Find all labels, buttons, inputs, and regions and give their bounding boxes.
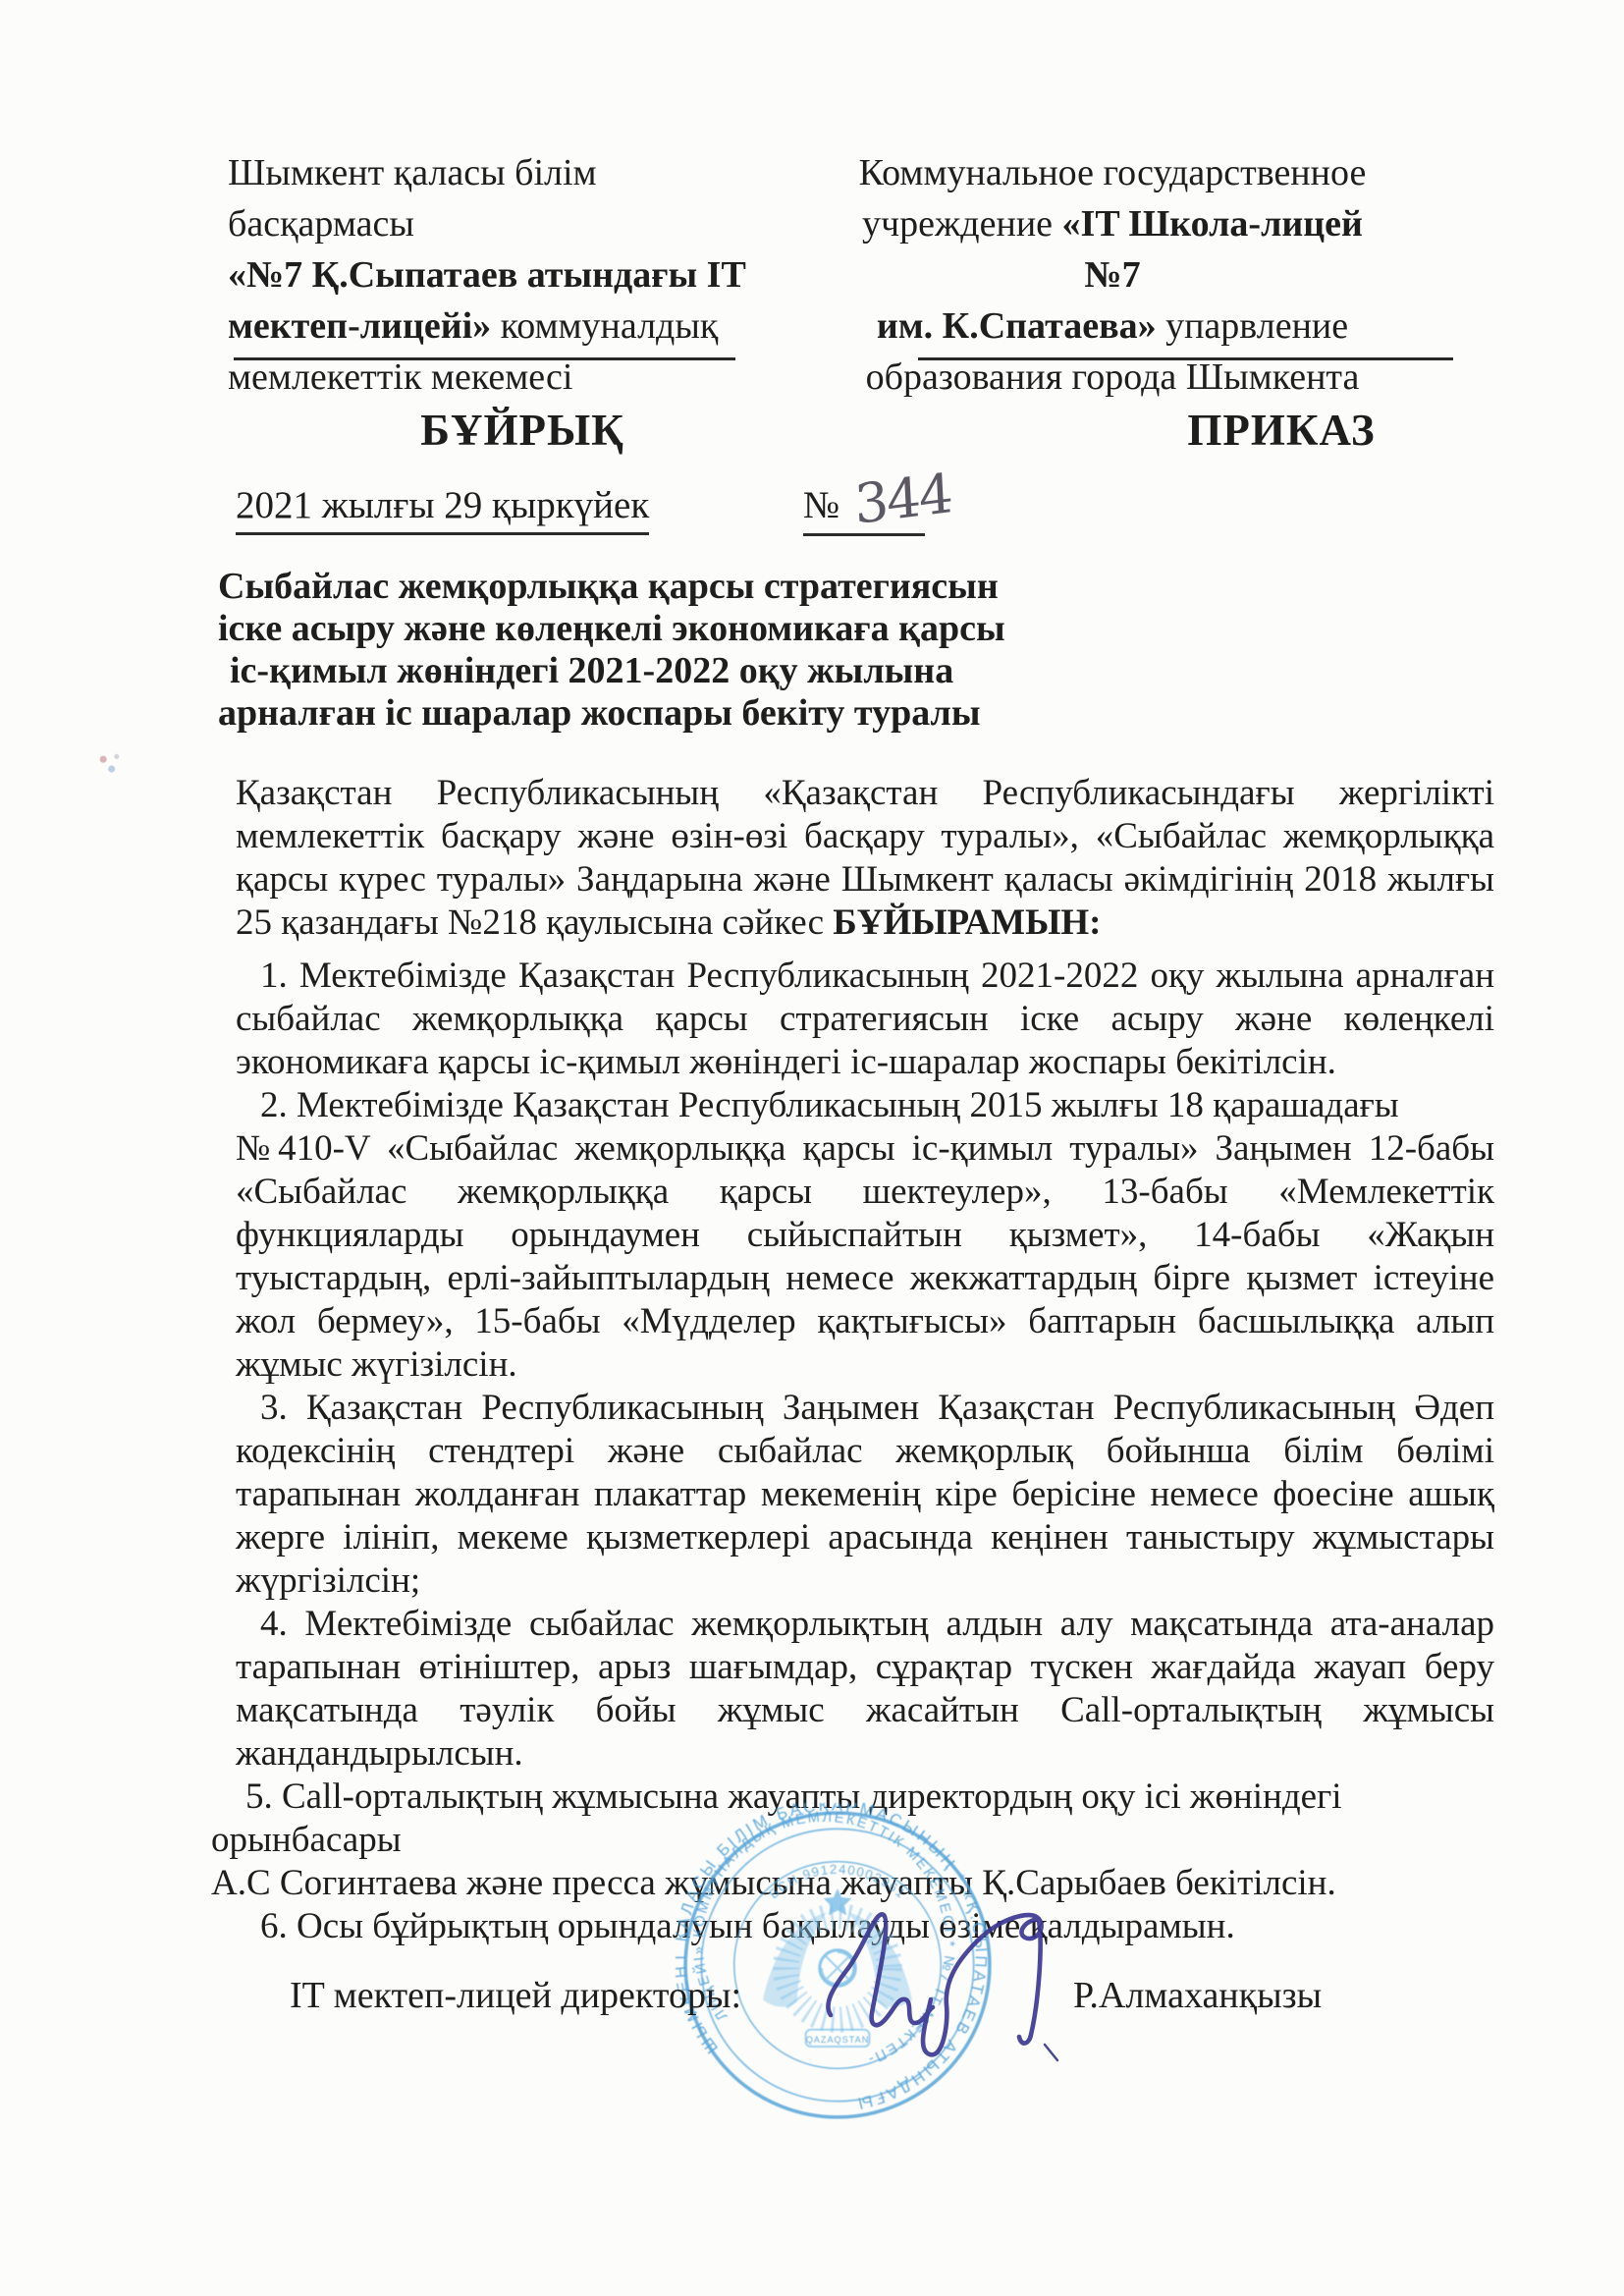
- org-ru-line2-normal: учреждение: [862, 203, 1061, 245]
- subject-line4: арналған іс шаралар жоспары бекіту турал…: [218, 692, 1102, 735]
- org-name-russian: Коммунальное государственное учреждение …: [833, 147, 1392, 403]
- org-kk-line4: мемлекеттік мекемесі: [228, 356, 572, 398]
- number-sign: №: [803, 484, 839, 526]
- org-ru-line1: Коммунальное государственное: [859, 152, 1367, 193]
- order-number: № 344: [803, 483, 925, 536]
- order-item-2-rest: №410-V «Сыбайлас жемқорлыққа қарсы іс-қи…: [236, 1128, 1494, 1385]
- director-signature: [805, 1868, 1100, 2084]
- order-item-3: 3. Қазақстан Республикасының Заңымен Қаз…: [236, 1387, 1494, 1603]
- org-ru-line4: образования города Шымкента: [866, 356, 1360, 398]
- signature-stroke-loop: [923, 1915, 1042, 2054]
- org-ru-line3-normal: упарвление: [1157, 305, 1349, 347]
- handwritten-order-number: 344: [853, 462, 953, 536]
- header-underline-left: [234, 357, 735, 360]
- subject-line3: іс-қимыл жөніндегі 2021-2022 оқу жылына: [218, 650, 1102, 692]
- org-kk-line3-normal: коммуналдық: [491, 305, 718, 347]
- org-kk-line2: «№7 Қ.Сыпатаев атындағы IT: [228, 254, 746, 296]
- org-ru-line2-bold: «IT Школа-лицей №7: [1062, 203, 1363, 296]
- order-date: 2021 жылғы 29 қыркүйек: [236, 483, 649, 527]
- order-subject: Сыбайлас жемқорлыққа қарсы стратегиясын …: [218, 566, 1102, 735]
- signature-stroke-tick: [1045, 2045, 1057, 2060]
- signature-name: Р.Алмаханқызы: [1073, 1974, 1322, 2017]
- signature-label: IT мектеп-лицей директоры:: [290, 1974, 741, 2017]
- order-item-2: 2. Мектебімізде Қазақстан Республикасыны…: [236, 1084, 1494, 1387]
- scan-smudge: [93, 748, 127, 776]
- order-item-4: 4. Мектебімізде сыбайлас жемқорлықтың ал…: [236, 1603, 1494, 1776]
- intro-emphasis: БҰЙЫРАМЫН:: [833, 902, 1101, 943]
- org-kk-line1: Шымкент қаласы білім басқармасы: [228, 152, 597, 245]
- order-body: Қазақстан Республикасының «Қазақстан Рес…: [236, 772, 1494, 1948]
- order-item-2-line1: 2. Мектебімізде Қазақстан Республикасыны…: [260, 1085, 1399, 1125]
- header-underline-right: [918, 357, 1453, 360]
- org-name-kazakh: Шымкент қаласы білім басқармасы «№7 Қ.Сы…: [228, 147, 758, 403]
- org-ru-line3-bold: им. К.Спатаева»: [877, 305, 1157, 347]
- order-item-1: 1. Мектебімізде Қазақстан Республикасыны…: [236, 955, 1494, 1084]
- signature-stroke-main: [828, 1914, 933, 2025]
- scanned-order-document: Шымкент қаласы білім басқармасы «№7 Қ.Сы…: [0, 0, 1624, 2296]
- order-title-russian: ПРИКАЗ: [1164, 405, 1399, 456]
- subject-line1: Сыбайлас жемқорлыққа қарсы стратегиясын: [218, 566, 1102, 608]
- order-date-text: 2021 жылғы 29 қыркүйек: [236, 484, 649, 535]
- org-kk-line3-bold: мектеп-лицейі»: [228, 305, 491, 347]
- order-title-kazakh: БҰЙРЫҚ: [405, 405, 640, 456]
- subject-line2: іске асыру және көлеңкелі экономикаға қа…: [218, 608, 1102, 650]
- intro-paragraph: Қазақстан Республикасының «Қазақстан Рес…: [236, 772, 1494, 945]
